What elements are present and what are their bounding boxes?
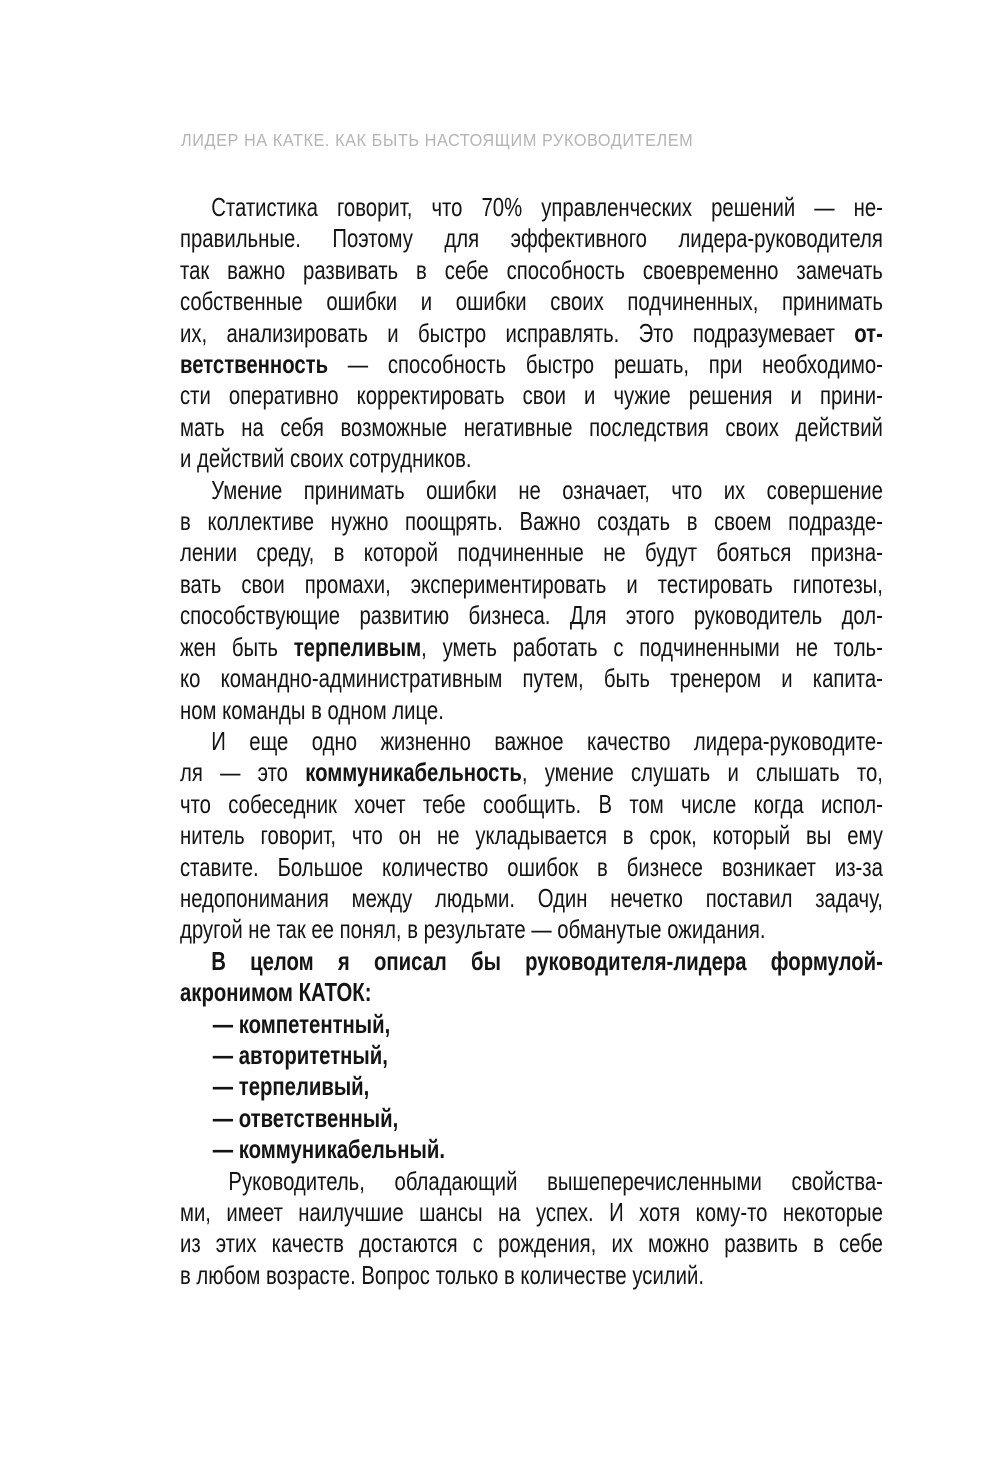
text-line: и действий своих сотрудников. bbox=[180, 443, 883, 474]
paragraph: Статистика говорит, что 70% управленческ… bbox=[180, 192, 883, 475]
text-line: И еще одно жизненно важное качество лиде… bbox=[180, 726, 883, 757]
text-run: что собеседник хочет тебе сообщить. В то… bbox=[180, 789, 883, 819]
book-page: ЛИДЕР НА КАТКЕ. КАК БЫТЬ НАСТОЯЩИМ РУКОВ… bbox=[0, 0, 1000, 1467]
text-line: Умение принимать ошибки не означает, что… bbox=[180, 475, 883, 506]
text-run: Статистика говорит, что 70% управленческ… bbox=[211, 192, 883, 222]
text-run: другой не так ее понял, в результате — о… bbox=[180, 914, 766, 944]
text-run: В целом я описал бы руководителя-лидера … bbox=[211, 946, 883, 976]
text-run: — авторитетный, bbox=[213, 1040, 388, 1070]
text-line: нитель говорит, что он не укладывается в… bbox=[180, 820, 883, 851]
text-run: терпеливым bbox=[294, 632, 421, 662]
text-run: от- bbox=[854, 318, 883, 348]
text-line: в коллективе нужно поощрять. Важно созда… bbox=[180, 506, 883, 537]
text-line: их, анализировать и быстро исправлять. Э… bbox=[180, 318, 883, 349]
text-run: коммуникабельность bbox=[305, 757, 522, 787]
text-line: вать свои промахи, экспериментировать и … bbox=[180, 569, 883, 600]
text-line: другой не так ее понял, в результате — о… bbox=[180, 914, 883, 945]
text-run: жен быть bbox=[180, 632, 294, 662]
text-run: способствующие развитию бизнеса. Для это… bbox=[180, 600, 883, 630]
text-run: в коллективе нужно поощрять. Важно созда… bbox=[180, 506, 883, 536]
text-line: Статистика говорит, что 70% управленческ… bbox=[180, 192, 883, 223]
text-run: ном команды в одном лице. bbox=[180, 695, 444, 725]
text-run: лении среду, в которой подчиненные не бу… bbox=[180, 537, 883, 567]
running-header: ЛИДЕР НА КАТКЕ. КАК БЫТЬ НАСТОЯЩИМ РУКОВ… bbox=[181, 130, 693, 151]
text-run: — способность быстро решать, при необход… bbox=[328, 349, 883, 379]
text-run: , умение слушать и слышать то, bbox=[522, 757, 883, 787]
text-line: ном команды в одном лице. bbox=[180, 695, 883, 726]
text-line: так важно развивать в себе способность с… bbox=[180, 255, 883, 286]
list-item: — коммуникабельный. bbox=[180, 1134, 883, 1165]
text-line: недопонимания между людьми. Один нечетко… bbox=[180, 883, 883, 914]
text-line: ветственность — способность быстро решат… bbox=[180, 349, 883, 380]
text-run: так важно развивать в себе способность с… bbox=[180, 255, 883, 285]
body-text: Статистика говорит, что 70% управленческ… bbox=[180, 192, 883, 1291]
text-line: ля — это коммуникабельность, умение слуш… bbox=[180, 757, 883, 788]
text-line: собственные ошибки и ошибки своих подчин… bbox=[180, 286, 883, 317]
text-run: их, анализировать и быстро исправлять. Э… bbox=[180, 318, 854, 348]
text-line: способствующие развитию бизнеса. Для это… bbox=[180, 600, 883, 631]
text-line: что собеседник хочет тебе сообщить. В то… bbox=[180, 789, 883, 820]
text-run: недопонимания между людьми. Один нечетко… bbox=[180, 883, 883, 913]
text-line: В целом я описал бы руководителя-лидера … bbox=[180, 946, 883, 977]
list-item: — ответственный, bbox=[180, 1103, 883, 1134]
text-line: ко командно-административным путем, быть… bbox=[180, 663, 883, 694]
paragraph: И еще одно жизненно важное качество лиде… bbox=[180, 726, 883, 946]
text-line: акронимом КАТОК: bbox=[180, 977, 883, 1008]
paragraph: В целом я описал бы руководителя-лидера … bbox=[180, 946, 883, 1009]
text-run: — ответственный, bbox=[213, 1103, 398, 1133]
text-run: и действий своих сотрудников. bbox=[180, 443, 471, 473]
text-run: из этих качеств достаются с рождения, их… bbox=[180, 1228, 883, 1258]
text-run: в любом возрасте. Вопрос только в количе… bbox=[180, 1260, 704, 1290]
list-item: — авторитетный, bbox=[180, 1040, 883, 1071]
quality-list: — компетентный,— авторитетный,— терпелив… bbox=[180, 1009, 883, 1166]
paragraph: Руководитель, обладающий вышеперечисленн… bbox=[180, 1166, 883, 1292]
text-run: ми, имеет наилучшие шансы на успех. И хо… bbox=[180, 1197, 883, 1227]
text-run: мать на себя возможные негативные послед… bbox=[180, 412, 883, 442]
text-line: в любом возрасте. Вопрос только в количе… bbox=[180, 1260, 883, 1291]
text-line: мать на себя возможные негативные послед… bbox=[180, 412, 883, 443]
text-run: ля — это bbox=[180, 757, 305, 787]
text-run: Руководитель, обладающий вышеперечисленн… bbox=[228, 1166, 882, 1196]
text-run: — коммуникабельный. bbox=[213, 1134, 445, 1164]
text-run: вать свои промахи, экспериментировать и … bbox=[180, 569, 883, 599]
text-run: ветственность bbox=[180, 349, 328, 379]
text-run: сти оперативно корректировать свои и чуж… bbox=[180, 380, 883, 410]
text-run: , уметь работать с подчиненными не толь- bbox=[421, 632, 883, 662]
text-line: Руководитель, обладающий вышеперечисленн… bbox=[180, 1166, 883, 1197]
text-run: ко командно-административным путем, быть… bbox=[180, 663, 883, 693]
list-item: — компетентный, bbox=[180, 1009, 883, 1040]
text-line: из этих качеств достаются с рождения, их… bbox=[180, 1228, 883, 1259]
text-run: Умение принимать ошибки не означает, что… bbox=[211, 475, 883, 505]
text-run: И еще одно жизненно важное качество лиде… bbox=[211, 726, 883, 756]
text-run: акронимом КАТОК: bbox=[180, 977, 371, 1007]
text-run: — компетентный, bbox=[213, 1009, 390, 1039]
text-run: нитель говорит, что он не укладывается в… bbox=[180, 820, 883, 850]
text-run: собственные ошибки и ошибки своих подчин… bbox=[180, 286, 883, 316]
text-line: жен быть терпеливым, уметь работать с по… bbox=[180, 632, 883, 663]
text-line: ми, имеет наилучшие шансы на успех. И хо… bbox=[180, 1197, 883, 1228]
paragraph: Умение принимать ошибки не означает, что… bbox=[180, 475, 883, 726]
text-line: сти оперативно корректировать свои и чуж… bbox=[180, 380, 883, 411]
text-run: ставите. Большое количество ошибок в биз… bbox=[180, 852, 883, 882]
list-item: — терпеливый, bbox=[180, 1071, 883, 1102]
text-line: правильные. Поэтому для эффективного лид… bbox=[180, 223, 883, 254]
text-run: правильные. Поэтому для эффективного лид… bbox=[180, 223, 883, 253]
text-run: — терпеливый, bbox=[213, 1071, 369, 1101]
text-line: лении среду, в которой подчиненные не бу… bbox=[180, 537, 883, 568]
text-line: ставите. Большое количество ошибок в биз… bbox=[180, 852, 883, 883]
